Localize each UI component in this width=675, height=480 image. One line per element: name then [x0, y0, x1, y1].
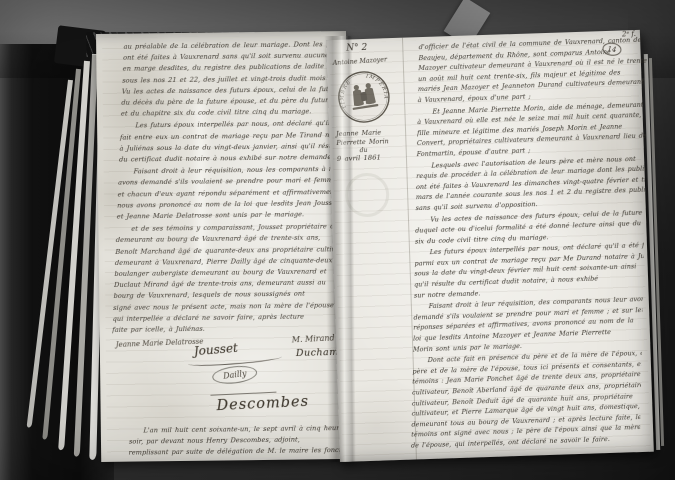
- act-paragraph: Faisant droit à leur réquisition, des co…: [413, 294, 643, 355]
- act-paragraph: au préalable de la célébration de leur m…: [121, 39, 351, 120]
- signature-flourish: [210, 389, 276, 396]
- section-heading: Descombes: [216, 394, 309, 414]
- margin-groom-name: Antoine Mazoyer: [333, 56, 388, 67]
- handwritten-line: remplissant par suite de délégation de M…: [128, 445, 340, 459]
- act-paragraph: Faisant droit à leur réquisition, nous l…: [117, 164, 346, 223]
- act-paragraph: d'officier de l'état civil de la commune…: [418, 35, 648, 106]
- timbre-imperial-stamp: TIMBRE IMPÉRIAL: [333, 66, 395, 128]
- left-page-text: au préalable de la célébration de leur m…: [112, 39, 351, 336]
- margin-bride-name-line2: Pierrette Morin: [336, 137, 389, 147]
- act-number: N° 2: [346, 43, 367, 54]
- act-paragraph: et de ses témoins y comparaissant, Jouss…: [112, 221, 343, 336]
- margin-act-date: 9 avril 1861: [337, 153, 381, 162]
- right-page: N° 2 Antoine Mazoyer TIMB: [326, 30, 654, 462]
- right-page-text: d'officier de l'état civil de la commune…: [411, 35, 648, 452]
- margin-bride-name-line1: Jeanne Marie: [336, 128, 381, 137]
- left-page: au préalable de la célébration de leur m…: [96, 31, 351, 462]
- archival-register-photo: au préalable de la célébration de leur m…: [0, 0, 675, 480]
- act-paragraph: Les futurs époux interpellés par nous, o…: [414, 240, 644, 301]
- signature-witness-1: M. Mirand: [292, 333, 335, 344]
- faint-stamp-impression: [344, 172, 389, 217]
- act-paragraph: Lesquels avec l'autorisation de leurs pè…: [416, 153, 646, 214]
- signature-oval-dailly: Dailly: [211, 364, 258, 386]
- signature-bride: Jeanne Marie Delatrosse: [116, 338, 204, 349]
- act-paragraph: Et Jeanne Marie Pierrette Morin, aide de…: [417, 99, 647, 160]
- next-act-opening: L'an mil huit cent soixante-un, le sept …: [128, 423, 341, 459]
- act-paragraph: Dont acte fait en présence du père et de…: [411, 348, 642, 451]
- act-paragraph: Les futurs époux interpellés par nous, o…: [119, 118, 348, 166]
